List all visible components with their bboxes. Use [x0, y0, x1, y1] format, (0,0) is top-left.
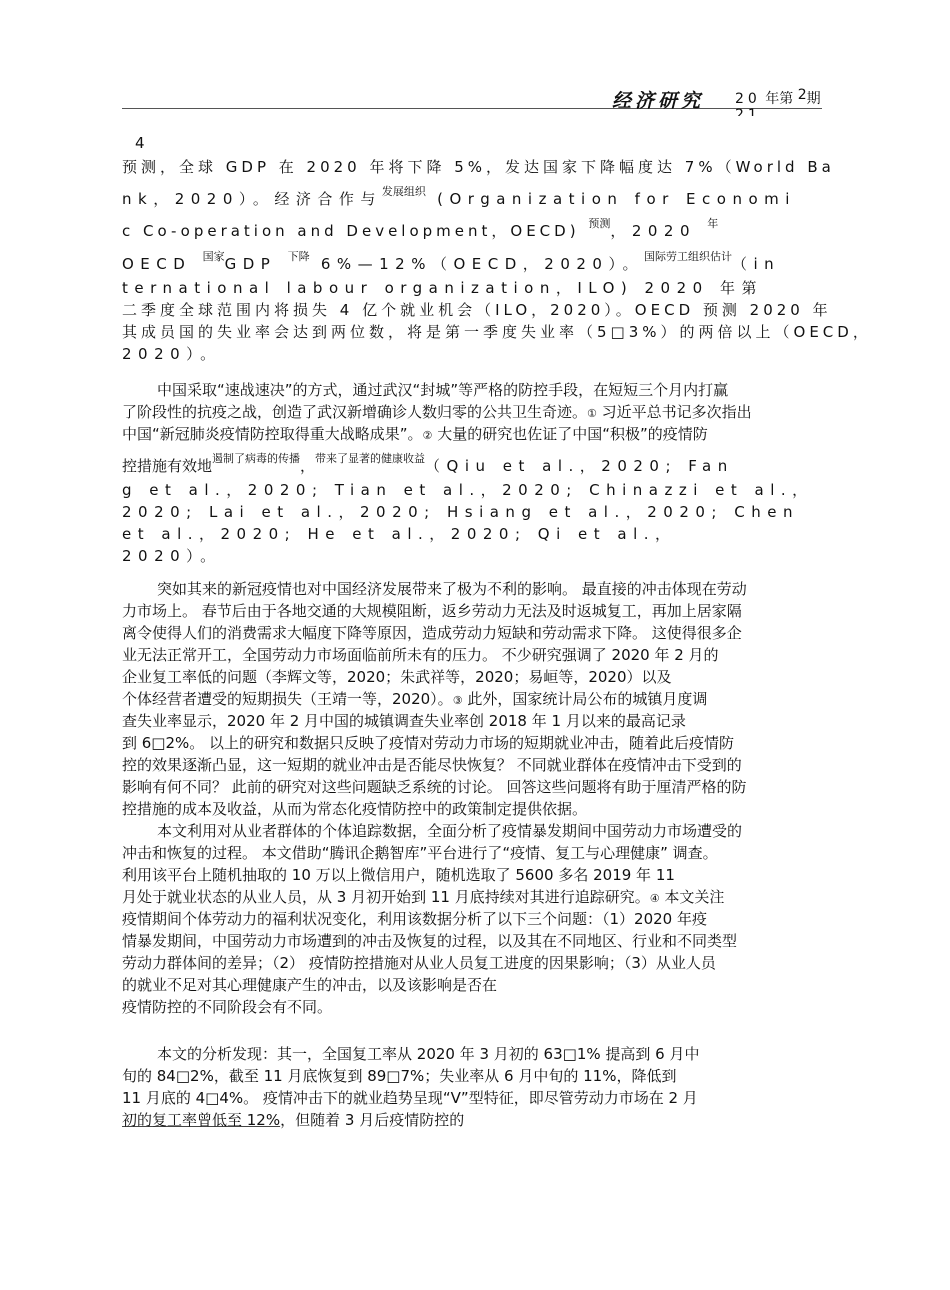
text-line: 劳动力群体间的差异；（2） 疫情防控措施对从业人员复工进度的因果影响；（3）从业…: [122, 952, 716, 974]
text-line: 力市场上。 春节后由于各地交通的大规模阻断，返乡劳动力无法及时返城复工，再加上居…: [122, 600, 742, 622]
text-line: 离令使得人们的消费需求大幅度下降等原因，造成劳动力短缺和劳动需求下降。 这使得很…: [122, 622, 742, 644]
text-line: et al.，2020; He et al.，2020; Qi et al.，: [122, 523, 677, 545]
text-line: 冲击和恢复的过程。 本文借助“腾讯企鹅智库”平台进行了“疫情、复工与心理健康” …: [122, 842, 718, 864]
text-line: 控措施的成本及收益，从而为常态化疫情防控中的政策制定提供依据。: [122, 798, 587, 820]
text-line: 二季度全球范围内将损失 4 亿个就业机会（ILO，2020）。OECD 预测 2…: [122, 299, 832, 321]
text-line: 突如其来的新冠疫情也对中国经济发展带来了极为不利的影响。 最直接的冲击体现在劳动: [157, 578, 747, 600]
text-line: 的就业不足对其心理健康产生的冲击，以及该影响是否在: [122, 974, 497, 996]
text-line: 2020）。: [122, 545, 222, 567]
text-line: 控的效果逐渐凸显，这一短期的就业冲击是否能尽快恢复？ 不同就业群体在疫情冲击下受…: [122, 754, 742, 776]
text-line: 利用该平台上随机抽取的 10 万以上微信用户，随机选取了 5600 多名 201…: [122, 864, 675, 886]
year-part2: 21: [735, 106, 761, 116]
issue-label: 20 年第 2期: [735, 88, 821, 108]
issue-label-b: 期: [807, 91, 821, 107]
text-line: 本文利用对从业者群体的个体追踪数据，全面分析了疫情暴发期间中国劳动力市场遭受的: [157, 820, 742, 842]
footnote-ref-1[interactable]: ①: [587, 407, 597, 420]
text-line: 初的复工率曾低至 12%，但随着 3 月后疫情防控的: [122, 1109, 464, 1131]
text-line: 其成员国的失业率会达到两位数，将是第一季度失业率（5□3%）的两倍以上（OECD…: [122, 321, 872, 343]
footnote-ref-2[interactable]: ②: [423, 429, 433, 442]
text-line: 情暴发期间，中国劳动力市场遭到的冲击及恢复的过程，以及其在不同地区、行业和不同类…: [122, 930, 737, 952]
text-line: 控措施有效地遏制了病毒的传播，带来了显著的健康收益（Qiu et al.，202…: [122, 455, 734, 479]
text-line: 旬的 84□2%，截至 11 月底恢复到 89□7%；失业率从 6 月中旬的 1…: [122, 1065, 676, 1087]
text-line: 月处于就业状态的从业人员，从 3 月初开始到 11 月底持续对其进行追踪研究。④…: [122, 886, 724, 910]
text-line: 疫情防控的不同阶段会有不同。: [122, 996, 332, 1018]
page-number: 4: [135, 134, 145, 152]
issue-label-a: 年第: [765, 91, 793, 107]
text-line: 疫情期间个体劳动力的福利状况变化，利用该数据分析了以下三个问题：（1）2020 …: [122, 908, 707, 930]
text-line: 企业复工率低的问题（李辉文等，2020；朱武祥等，2020；易峘等，2020）以…: [122, 666, 672, 688]
journal-title: 经济研究: [612, 86, 704, 113]
text-line: c Co-operation and Development，OECD) 预测，…: [122, 220, 718, 244]
text-line: 了阶段性的抗疫之战，创造了武汉新增确诊人数归零的公共卫生奇迹。① 习近平总书记多…: [122, 401, 752, 425]
underlined-text: 初的复工率曾低至 12%: [122, 1111, 280, 1129]
text-line: 本文的分析发现：其一，全国复工率从 2020 年 3 月初的 63□1% 提高到…: [157, 1043, 699, 1065]
text-line: OECD 国家GDP 下降 6%—12%（OECD，2020）。国际劳工组织估计…: [122, 253, 780, 277]
footnote-ref-3[interactable]: ③: [453, 694, 463, 707]
text-line: 查失业率显示，2020 年 2 月中国的城镇调查失业率创 2018 年 1 月以…: [122, 710, 686, 732]
text-line: 业无法正常开工，全国劳动力市场面临前所未有的压力。 不少研究强调了 2020 年…: [122, 644, 719, 666]
text-line: 预测，全球 GDP 在 2020 年将下降 5%，发达国家下降幅度达 7%（Wo…: [122, 156, 835, 178]
text-line: 到 6□2%。 以上的研究和数据只反映了疫情对劳动力市场的短期就业冲击，随着此后…: [122, 732, 734, 754]
text-line: ternational labour organization，ILO) 202…: [122, 277, 763, 299]
text-line: 影响有何不同？ 此前的研究对这些问题缺乏系统的讨论。 回答这些问题将有助于厘清严…: [122, 776, 747, 798]
text-line: 2020; Lai et al.，2020; Hsiang et al.，202…: [122, 501, 799, 523]
text-line: 2020）。: [122, 343, 222, 365]
issue-number: 2: [798, 87, 807, 103]
text-line: nk，2020）。经济合作与发展组织 (Organization for Eco…: [122, 188, 796, 212]
text-line: 11 月底的 4□4%。 疫情冲击下的就业趋势呈现“V”型特征，即尽管劳动力市场…: [122, 1087, 698, 1109]
footnote-ref-4[interactable]: ④: [650, 892, 660, 905]
text-line: 中国采取“速战速决”的方式，通过武汉“封城”等严格的防控手段，在短短三个月内打赢: [157, 379, 728, 401]
header-rule: [122, 108, 822, 109]
text-line: g et al.，2020; Tian et al.，2020; Chinazz…: [122, 479, 814, 501]
year-part1: 20: [735, 91, 761, 107]
text-line: 中国“新冠肺炎疫情防控取得重大战略成果”。② 大量的研究也佐证了中国“积极”的疫…: [122, 423, 708, 447]
text-line: 个体经营者遭受的短期损失（王靖一等，2020）。③ 此外，国家统计局公布的城镇月…: [122, 688, 707, 712]
